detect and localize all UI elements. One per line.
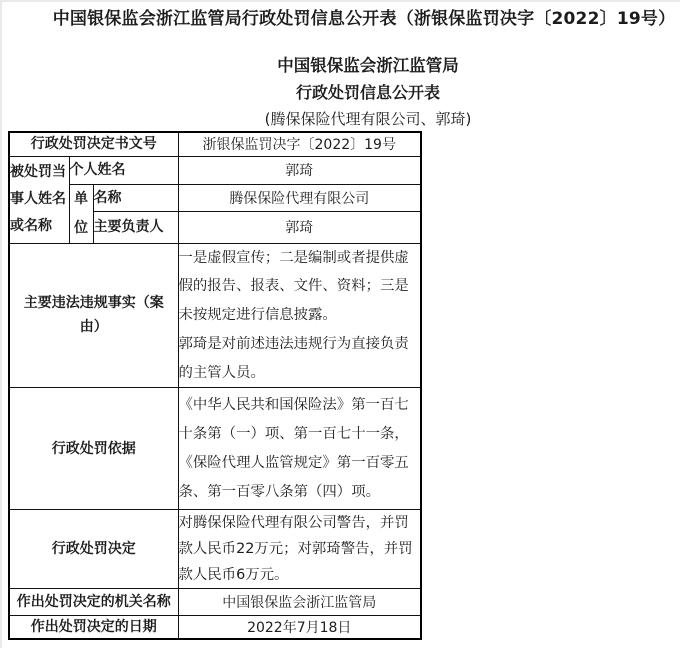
doc-no-label: 行政处罚决定书文号 — [9, 132, 178, 156]
facts-value: 一是虚假宣传；二是编制或者提供虚假的报告、报表、文件、资料；三是未按规定进行信息… — [178, 243, 421, 388]
facts-label-cell: 主要违法违规事实（案由） — [9, 243, 178, 388]
row-doc-no: 行政处罚决定书文号 浙银保监罚决字〔2022〕19号 — [9, 132, 421, 156]
authority-value: 中国银保监会浙江监管局 — [178, 589, 421, 616]
party-label: 被处罚当事人姓名或名称 — [9, 156, 69, 243]
subtitle-parties: (腾保保险代理有限公司、郭琦) — [56, 106, 680, 132]
basis-label: 行政处罚依据 — [9, 388, 178, 510]
person-name-label: 个人姓名 — [69, 156, 178, 184]
row-date: 作出处罚决定的日期 2022年7月18日 — [9, 616, 421, 639]
row-authority: 作出处罚决定的机关名称 中国银保监会浙江监管局 — [9, 589, 421, 616]
basis-text: 《中华人民共和国保险法》第一百七十条第（一）项、第一百七十一条，《保险代理人监管… — [179, 391, 421, 506]
page-edge-top — [0, 0, 680, 2]
subtitle-table-name: 行政处罚信息公开表 — [56, 79, 680, 106]
row-facts: 主要违法违规事实（案由） 一是虚假宣传；二是编制或者提供虚假的报告、报表、文件、… — [9, 243, 421, 388]
authority-label: 作出处罚决定的机关名称 — [9, 589, 178, 616]
row-basis: 行政处罚依据 《中华人民共和国保险法》第一百七十条第（一）项、第一百七十一条，《… — [9, 388, 421, 510]
date-value: 2022年7月18日 — [178, 616, 421, 639]
doc-no-value: 浙银保监罚决字〔2022〕19号 — [178, 132, 421, 156]
facts-paragraph-1: 一是虚假宣传；二是编制或者提供虚假的报告、报表、文件、资料；三是未按规定进行信息… — [179, 244, 421, 330]
facts-label: 主要违法违规事实（案由） — [19, 291, 169, 339]
unit-principal-label: 主要负责人 — [93, 211, 178, 243]
unit-principal-value: 郭琦 — [178, 211, 421, 243]
decision-label: 行政处罚决定 — [9, 510, 178, 589]
date-label: 作出处罚决定的日期 — [9, 616, 178, 639]
page-edge-left — [0, 0, 2, 648]
basis-value: 《中华人民共和国保险法》第一百七十条第（一）项、第一百七十一条，《保险代理人监管… — [178, 388, 421, 510]
row-decision: 行政处罚决定 对腾保保险代理有限公司警告，并罚款人民币22万元；对郭琦警告，并罚… — [9, 510, 421, 589]
unit-name-label: 名称 — [93, 184, 178, 211]
person-name-value: 郭琦 — [178, 156, 421, 184]
penalty-disclosure-table: 行政处罚决定书文号 浙银保监罚决字〔2022〕19号 被处罚当事人姓名或名称 个… — [8, 131, 422, 640]
subtitle-block: 中国银保监会浙江监管局 行政处罚信息公开表 (腾保保险代理有限公司、郭琦) — [56, 52, 680, 132]
subtitle-authority: 中国银保监会浙江监管局 — [56, 52, 680, 79]
unit-name-value: 腾保保险代理有限公司 — [178, 184, 421, 211]
decision-value: 对腾保保险代理有限公司警告，并罚款人民币22万元；对郭琦警告，并罚款人民币6万元… — [178, 510, 421, 589]
row-person-name: 被处罚当事人姓名或名称 个人姓名 郭琦 — [9, 156, 421, 184]
document-title: 中国银保监会浙江监管局行政处罚信息公开表（浙银保监罚决字〔2022〕19号） — [48, 8, 680, 30]
decision-text: 对腾保保险代理有限公司警告，并罚款人民币22万元；对郭琦警告，并罚款人民币6万元… — [179, 510, 421, 588]
facts-paragraph-2: 郭琦是对前述违法违规行为直接负责的主管人员。 — [179, 330, 421, 388]
row-unit-name: 单位 名称 腾保保险代理有限公司 — [9, 184, 421, 211]
unit-label: 单位 — [69, 184, 93, 243]
